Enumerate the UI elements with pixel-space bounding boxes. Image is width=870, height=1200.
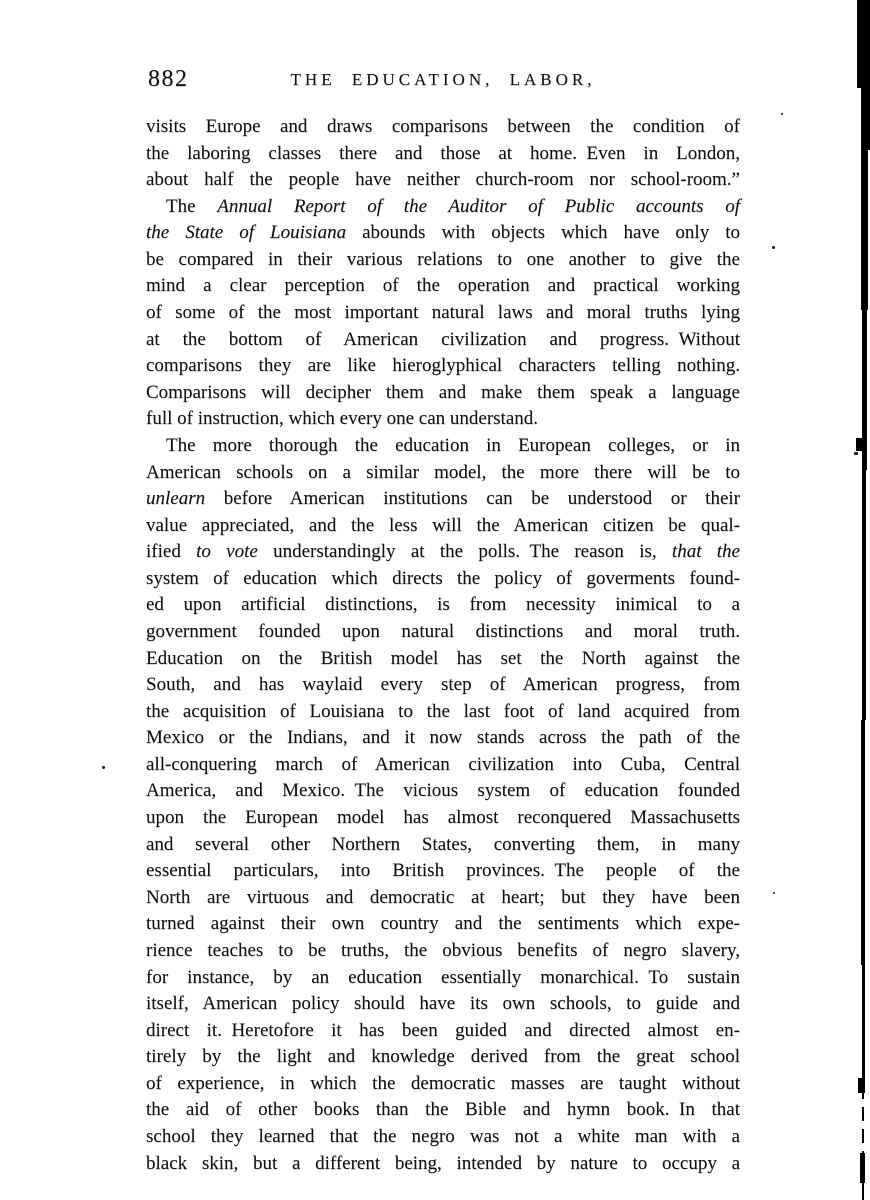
text-run: ed upon artificial distinctions, is from… bbox=[146, 594, 740, 615]
scan-edge-artifact bbox=[858, 1078, 865, 1093]
text-line: essential particulars, into British prov… bbox=[146, 858, 740, 885]
text-line: the aid of other books than the Bible an… bbox=[146, 1097, 740, 1124]
ink-speck bbox=[772, 246, 775, 249]
text-run: value appreciated, and the less will the… bbox=[146, 515, 740, 536]
text-line: system of education which directs the po… bbox=[146, 566, 740, 593]
text-line: full of instruction, which every one can… bbox=[146, 406, 740, 433]
scan-edge-artifact bbox=[862, 1183, 864, 1200]
text-run: mind a clear perception of the operation… bbox=[146, 275, 740, 296]
text-line: Mexico or the Indians, and it now stands… bbox=[146, 725, 740, 752]
text-run: abounds with objects which have only to bbox=[346, 222, 740, 243]
text-run: tirely by the light and knowledge derive… bbox=[146, 1046, 740, 1067]
scan-edge-artifact bbox=[862, 310, 867, 470]
scan-edge-artifact bbox=[862, 470, 866, 720]
text-line: and several other Northern States, conve… bbox=[146, 832, 740, 859]
text-run: visits Europe and draws comparisons betw… bbox=[146, 116, 740, 137]
text-run: itself, American policy should have its … bbox=[146, 993, 740, 1014]
text-line: be compared in their various relations t… bbox=[146, 247, 740, 274]
text-line: black skin, but a different being, inten… bbox=[146, 1151, 740, 1178]
text-line: South, and has waylaid every step of Ame… bbox=[146, 672, 740, 699]
text-line: the laboring classes there and those at … bbox=[146, 141, 740, 168]
italic-text-run: the State of Louisiana bbox=[146, 222, 346, 243]
text-run: Comparisons will decipher them and make … bbox=[146, 382, 740, 403]
text-line: of experience, in which the democratic m… bbox=[146, 1071, 740, 1098]
text-run: turned against their own country and the… bbox=[146, 913, 740, 934]
text-line: all-conquering march of American civiliz… bbox=[146, 752, 740, 779]
text-run: America, and Mexico. The vicious system … bbox=[146, 780, 740, 801]
text-line: itself, American policy should have its … bbox=[146, 991, 740, 1018]
scan-edge-artifact bbox=[860, 1153, 865, 1183]
text-line: at the bottom of American civilization a… bbox=[146, 327, 740, 354]
text-run: before American institutions can be unde… bbox=[205, 488, 740, 509]
text-run: system of education which directs the po… bbox=[146, 568, 740, 589]
text-line: direct it. Heretofore it has been guided… bbox=[146, 1018, 740, 1045]
text-line: about half the people have neither churc… bbox=[146, 167, 740, 194]
text-line: of some of the most important natural la… bbox=[146, 300, 740, 327]
text-line: Education on the British model has set t… bbox=[146, 646, 740, 673]
text-run: at the bottom of American civilization a… bbox=[146, 329, 740, 350]
page-body: visits Europe and draws comparisons betw… bbox=[146, 114, 740, 1177]
running-header: THE EDUCATION, LABOR, bbox=[146, 66, 740, 90]
text-line: tirely by the light and knowledge derive… bbox=[146, 1044, 740, 1071]
text-run: rience teaches to be truths, the obvious… bbox=[146, 940, 740, 961]
text-line: The Annual Report of the Auditor of Publ… bbox=[146, 194, 740, 221]
text-line: comparisons they are like hieroglyphical… bbox=[146, 353, 740, 380]
text-line: The more thorough the education in Europ… bbox=[146, 433, 740, 460]
text-run: about half the people have neither churc… bbox=[146, 169, 740, 190]
text-line: North are virtuous and democratic at hea… bbox=[146, 885, 740, 912]
text-run: be compared in their various relations t… bbox=[146, 249, 740, 270]
text-line: for instance, by an education essentiall… bbox=[146, 965, 740, 992]
scan-edge-artifact bbox=[862, 1085, 864, 1153]
book-page-scan: 882 THE EDUCATION, LABOR, visits Europe … bbox=[0, 0, 870, 1200]
italic-text-run: unlearn bbox=[146, 488, 205, 509]
text-run: upon the European model has almost recon… bbox=[146, 807, 740, 828]
text-run: American schools on a similar model, the… bbox=[146, 462, 740, 483]
text-line: ified to vote understandingly at the pol… bbox=[146, 539, 740, 566]
text-run: school they learned that the negro was n… bbox=[146, 1126, 740, 1147]
scan-edge-artifact bbox=[862, 965, 865, 1078]
text-run: the laboring classes there and those at … bbox=[146, 143, 740, 164]
text-line: visits Europe and draws comparisons betw… bbox=[146, 114, 740, 141]
ink-speck bbox=[854, 452, 858, 455]
italic-text-run: to vote bbox=[196, 541, 258, 562]
ink-speck bbox=[102, 766, 105, 769]
text-line: the State of Louisiana abounds with obje… bbox=[146, 220, 740, 247]
text-run: Education on the British model has set t… bbox=[146, 648, 740, 669]
ink-speck bbox=[781, 113, 783, 115]
scan-edge-artifact bbox=[861, 88, 870, 150]
scan-edge-artifact bbox=[861, 150, 868, 310]
text-run: full of instruction, which every one can… bbox=[146, 408, 538, 429]
text-run: direct it. Heretofore it has been guided… bbox=[146, 1020, 740, 1041]
text-run: South, and has waylaid every step of Ame… bbox=[146, 674, 740, 695]
text-run: government founded upon natural distinct… bbox=[146, 621, 740, 642]
scan-edge-artifact bbox=[856, 438, 862, 451]
text-line: turned against their own country and the… bbox=[146, 911, 740, 938]
text-line: government founded upon natural distinct… bbox=[146, 619, 740, 646]
text-line: value appreciated, and the less will the… bbox=[146, 513, 740, 540]
text-run: of experience, in which the democratic m… bbox=[146, 1073, 740, 1094]
text-line: American schools on a similar model, the… bbox=[146, 460, 740, 487]
text-run: and several other Northern States, conve… bbox=[146, 834, 740, 855]
text-run: understandingly at the polls. The reason… bbox=[258, 541, 672, 562]
text-run: black skin, but a different being, inten… bbox=[146, 1153, 740, 1174]
italic-text-run: Annual Report of the Auditor of Public a… bbox=[217, 196, 740, 217]
text-run: essential particulars, into British prov… bbox=[146, 860, 740, 881]
text-line: America, and Mexico. The vicious system … bbox=[146, 778, 740, 805]
text-run: the acquisition of Louisiana to the last… bbox=[146, 701, 740, 722]
text-run: of some of the most important natural la… bbox=[146, 302, 740, 323]
text-run: for instance, by an education essentiall… bbox=[146, 967, 740, 988]
text-run: the aid of other books than the Bible an… bbox=[146, 1099, 740, 1120]
text-line: ed upon artificial distinctions, is from… bbox=[146, 592, 740, 619]
text-line: mind a clear perception of the operation… bbox=[146, 273, 740, 300]
text-line: upon the European model has almost recon… bbox=[146, 805, 740, 832]
text-run: all-conquering march of American civiliz… bbox=[146, 754, 740, 775]
text-line: the acquisition of Louisiana to the last… bbox=[146, 699, 740, 726]
text-run: North are virtuous and democratic at hea… bbox=[146, 887, 740, 908]
text-line: unlearn before American institutions can… bbox=[146, 486, 740, 513]
text-run: The more thorough the education in Europ… bbox=[166, 435, 740, 456]
scan-edge-artifact bbox=[861, 720, 865, 965]
page-header: 882 THE EDUCATION, LABOR, bbox=[146, 66, 740, 100]
text-line: school they learned that the negro was n… bbox=[146, 1124, 740, 1151]
text-run: ified bbox=[146, 541, 196, 562]
ink-speck bbox=[773, 892, 775, 894]
text-run: comparisons they are like hieroglyphical… bbox=[146, 355, 740, 376]
text-line: Comparisons will decipher them and make … bbox=[146, 380, 740, 407]
text-run: Mexico or the Indians, and it now stands… bbox=[146, 727, 740, 748]
text-line: rience teaches to be truths, the obvious… bbox=[146, 938, 740, 965]
scan-edge-artifact bbox=[857, 0, 870, 88]
page-number: 882 bbox=[148, 66, 189, 93]
text-run: The bbox=[166, 196, 217, 217]
italic-text-run: that the bbox=[672, 541, 740, 562]
